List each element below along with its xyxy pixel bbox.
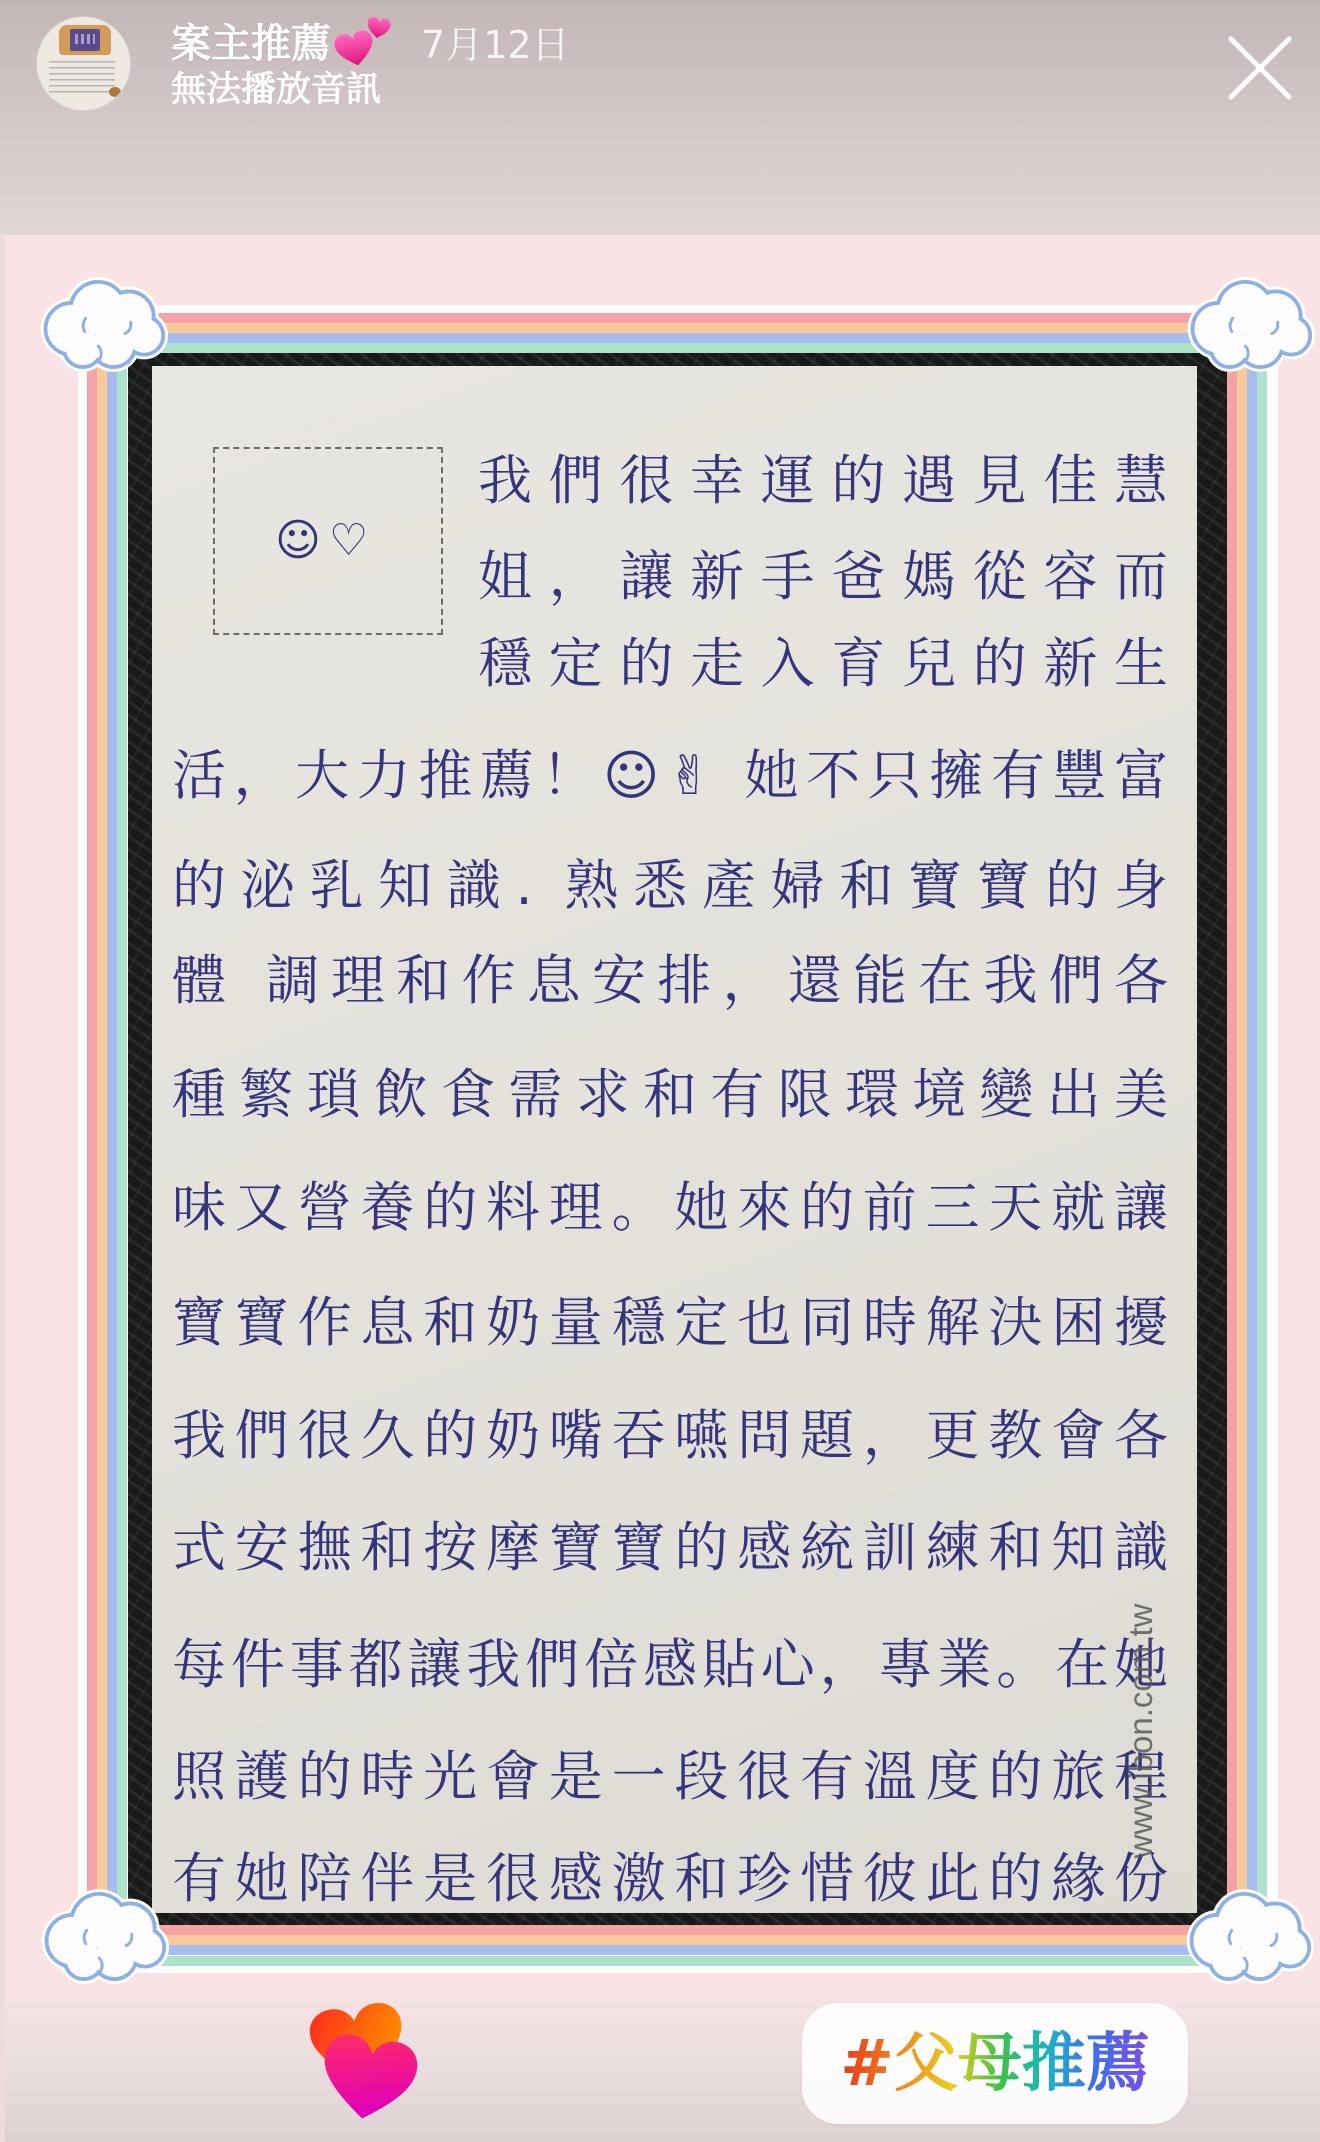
avatar-book-icon <box>70 29 100 51</box>
hashtag-label: #父母推薦 <box>840 2024 1150 2104</box>
letter-line: 的泌乳知識. 熟悉產婦和寶寶的身 <box>172 850 1168 922</box>
like-button[interactable] <box>306 1998 422 2124</box>
cloud-icon <box>35 276 169 372</box>
watermark: www.ibon.com.tw <box>1124 1586 1158 1876</box>
story-date: 7月12日 <box>421 22 570 68</box>
letter-line: 姐，讓新手爸媽從容而 <box>478 541 1168 613</box>
letter-line: 寶寶作息和奶量穩定也同時解決困擾 <box>172 1287 1168 1359</box>
stamp-box: ☺♡ <box>213 447 443 635</box>
letter-line: 每件事都讓我們倍感貼心，專業。在她 <box>172 1629 1168 1701</box>
story-header: 案主推薦 7月12日 無法播放音訊 <box>0 0 1320 235</box>
avatar-badge-icon <box>109 87 121 97</box>
letter-line: 種繁瑣飲食需求和有限環境變出美 <box>172 1059 1168 1131</box>
cloud-icon <box>36 1888 170 1984</box>
close-icon <box>1226 34 1294 102</box>
letter-line: 味又營養的料理。她來的前三天就讓 <box>172 1172 1168 1244</box>
letter-line: 照護的時光會是一段很有溫度的旅程 <box>172 1741 1168 1813</box>
close-button[interactable] <box>1226 34 1294 102</box>
audio-status: 無法播放音訊 <box>171 68 381 112</box>
cloud-icon <box>1182 276 1316 372</box>
letter-line: 活，大力推薦！☺✌ 她不只擁有豐富 <box>172 740 1168 812</box>
hashtag-sticker[interactable]: #父母推薦 <box>802 2003 1188 2124</box>
letter-line: 我們很幸運的遇見佳慧 <box>478 445 1168 517</box>
double-heart-icon <box>306 1998 422 2124</box>
story-title[interactable]: 案主推薦 <box>171 20 331 68</box>
avatar-text-lines <box>49 61 115 97</box>
cloud-icon <box>1181 1888 1315 1984</box>
letter-line: 穩定的走入育兒的新生 <box>478 628 1168 700</box>
letter-card: ☺♡ 我們很幸運的遇見佳慧 姐，讓新手爸媽從容而 穩定的走入育兒的新生 活，大力… <box>152 366 1197 1913</box>
two-hearts-icon <box>334 16 392 70</box>
letter-line: 有她陪伴是很感激和珍惜彼此的緣份 <box>172 1843 1168 1915</box>
letter-line: 體 調理和作息安排，還能在我們各 <box>172 945 1168 1017</box>
smiley-heart-doodle: ☺♡ <box>275 511 385 571</box>
letter-line: 我們很久的奶嘴吞嚥問題，更教會各 <box>172 1400 1168 1472</box>
letter-line: 式安撫和按摩寶寶的感統訓練和知識 <box>172 1512 1168 1584</box>
avatar[interactable] <box>37 17 130 110</box>
